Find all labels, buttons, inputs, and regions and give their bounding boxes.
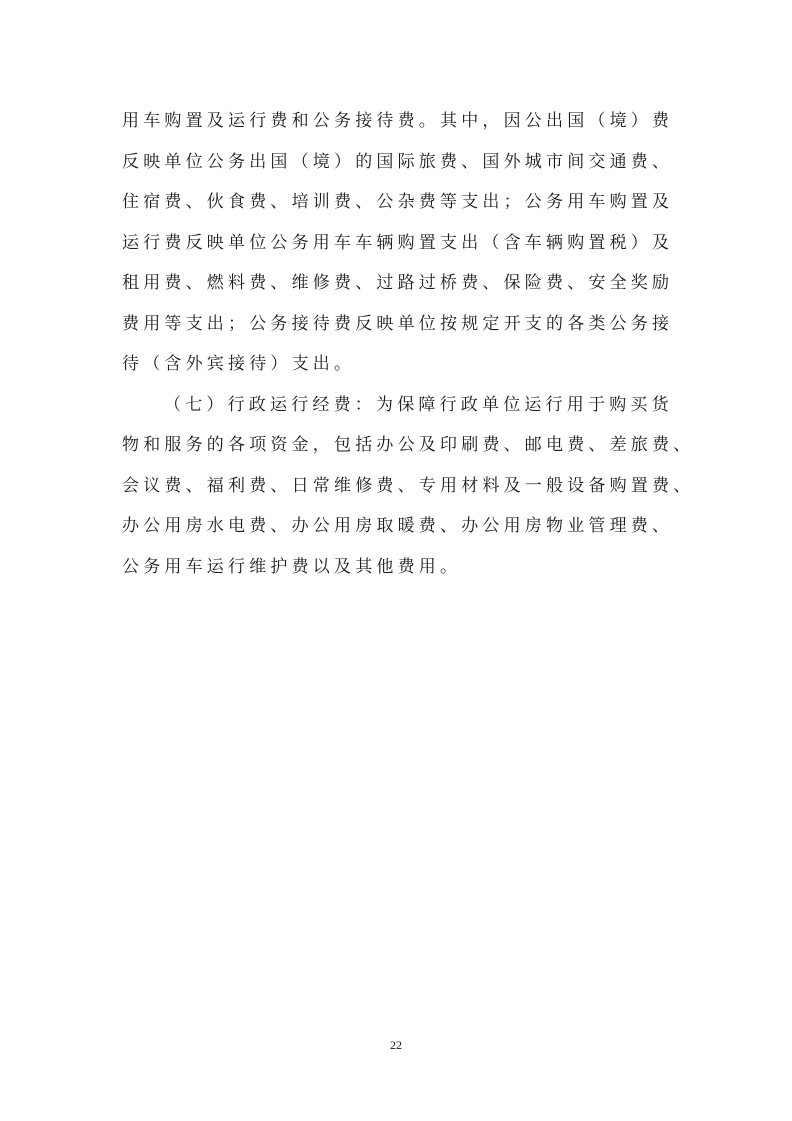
text-line: 办公用房水电费、办公用房取暖费、办公用房物业管理费、 bbox=[122, 506, 674, 547]
text-line: 物和服务的各项资金，包括办公及印刷费、邮电费、差旅费、 bbox=[122, 425, 674, 466]
text-line: 反映单位公务出国（境）的国际旅费、国外城市间交通费、 bbox=[122, 142, 674, 183]
body-text: 用车购置及运行费和公务接待费。其中，因公出国（境）费 反映单位公务出国（境）的国… bbox=[122, 101, 674, 587]
text-line: 运行费反映单位公务用车车辆购置支出（含车辆购置税）及 bbox=[122, 223, 674, 264]
paragraph-administrative-operating-expenses: （七）行政运行经费：为保障行政单位运行用于购买货 物和服务的各项资金，包括办公及… bbox=[122, 385, 674, 588]
text-line: 租用费、燃料费、维修费、过路过桥费、保险费、安全奖励 bbox=[122, 263, 674, 304]
text-line-indented: （七）行政运行经费：为保障行政单位运行用于购买货 bbox=[122, 385, 674, 426]
page-number: 22 bbox=[0, 1038, 792, 1053]
paragraph-public-expenses-continued: 用车购置及运行费和公务接待费。其中，因公出国（境）费 反映单位公务出国（境）的国… bbox=[122, 101, 674, 385]
text-line: 住宿费、伙食费、培训费、公杂费等支出；公务用车购置及 bbox=[122, 182, 674, 223]
text-line: 费用等支出；公务接待费反映单位按规定开支的各类公务接 bbox=[122, 304, 674, 345]
text-line: 公务用车运行维护费以及其他费用。 bbox=[122, 547, 674, 588]
text-line: 用车购置及运行费和公务接待费。其中，因公出国（境）费 bbox=[122, 101, 674, 142]
text-line: 待（含外宾接待）支出。 bbox=[122, 344, 674, 385]
text-line: 会议费、福利费、日常维修费、专用材料及一般设备购置费、 bbox=[122, 466, 674, 507]
document-page: 用车购置及运行费和公务接待费。其中，因公出国（境）费 反映单位公务出国（境）的国… bbox=[0, 0, 792, 1121]
